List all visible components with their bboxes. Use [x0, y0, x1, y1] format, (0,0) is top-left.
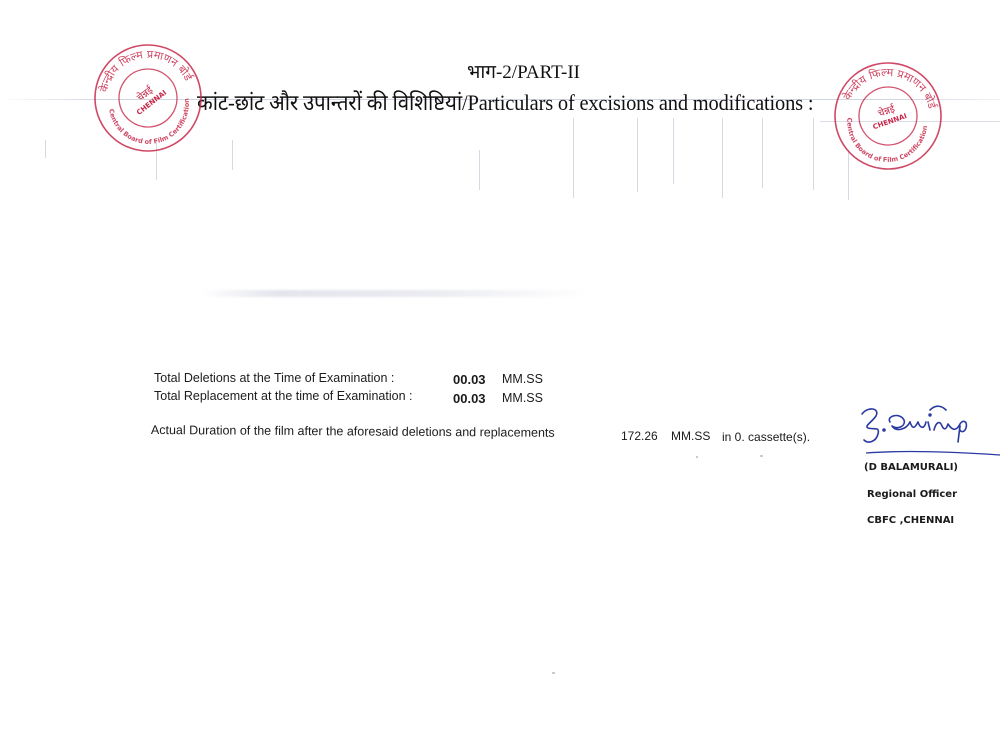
signature-icon [856, 400, 1000, 460]
scan-artifact-streak [232, 140, 233, 170]
scan-artifact-speck [696, 456, 698, 458]
scan-artifact-streak [813, 118, 814, 190]
actual-duration-unit: MM.SS [671, 429, 710, 443]
total-replacement-label: Total Replacement at the time of Examina… [154, 389, 412, 403]
cbfc-seal-left: केन्द्रीय फिल्म प्रमाणन बोर्ड Central Bo… [85, 35, 211, 161]
cbfc-seal-right: केन्द्रीय फिल्म प्रमाणन बोर्ड Central Bo… [826, 54, 949, 177]
scan-artifact-streak [673, 118, 674, 184]
actual-duration-label: Actual Duration of the film after the af… [151, 423, 555, 440]
total-deletions-unit: MM.SS [502, 372, 543, 386]
scan-artifact-speck [552, 672, 555, 674]
actual-duration-value: 172.26 [621, 429, 658, 443]
total-replacement-unit: MM.SS [502, 391, 543, 405]
total-deletions-label: Total Deletions at the Time of Examinati… [154, 371, 394, 385]
scan-artifact-streak [762, 118, 763, 188]
scan-artifact-smudge [200, 290, 590, 297]
part-heading: भाग-2/PART-II [467, 58, 580, 84]
signatory-office: CBFC ,CHENNAI [867, 515, 954, 526]
scan-artifact-streak [45, 140, 46, 158]
signatory-name: (D BALAMURALI) [864, 462, 958, 473]
seal-icon: केन्द्रीय फिल्म प्रमाणन बोर्ड Central Bo… [826, 54, 949, 177]
scan-artifact-streak [479, 150, 480, 190]
total-deletions-value: 00.03 [453, 372, 486, 387]
scan-artifact-streak [573, 118, 574, 198]
scan-artifact-streak [637, 118, 638, 192]
scan-artifact-speck [760, 455, 763, 457]
signatory-designation: Regional Officer [867, 489, 957, 500]
scan-artifact-streak [722, 118, 723, 198]
document-title: कांट-छांट और उपान्तरों की विशिष्टियां/Pa… [197, 87, 813, 117]
total-replacement-value: 00.03 [453, 391, 486, 406]
cassette-count: in 0. cassette(s). [722, 430, 810, 444]
seal-icon: केन्द्रीय फिल्म प्रमाणन बोर्ड Central Bo… [85, 35, 211, 161]
